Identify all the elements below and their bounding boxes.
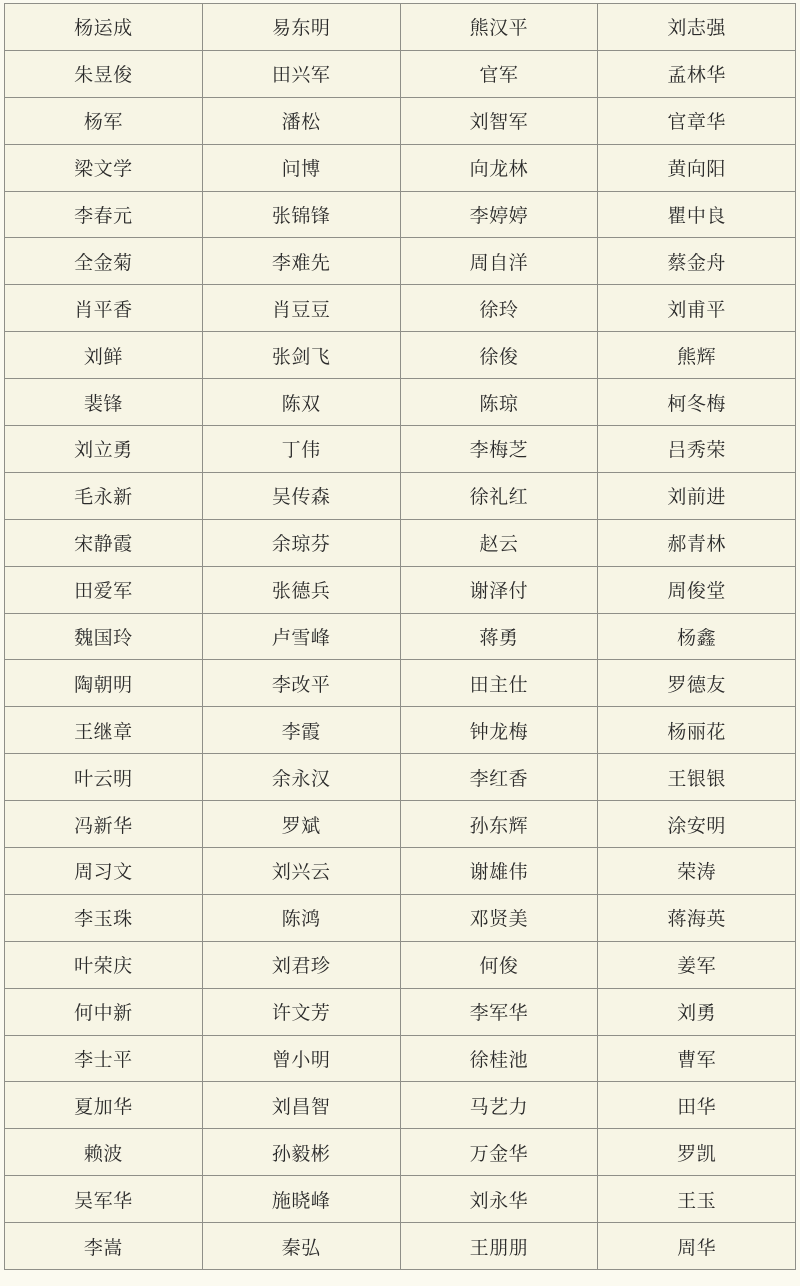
name-cell: 问博: [202, 144, 400, 191]
name-cell: 孙毅彬: [202, 1129, 400, 1176]
table-row: 王继章李霞钟龙梅杨丽花: [5, 707, 796, 754]
name-cell: 谢泽付: [400, 566, 598, 613]
table-row: 叶云明余永汉李红香王银银: [5, 754, 796, 801]
name-cell: 周华: [598, 1223, 796, 1270]
name-cell: 田兴军: [202, 50, 400, 97]
name-cell: 向龙林: [400, 144, 598, 191]
name-cell: 李婷婷: [400, 191, 598, 238]
name-cell: 陈琼: [400, 379, 598, 426]
name-cell: 赖波: [5, 1129, 203, 1176]
name-cell: 易东明: [202, 4, 400, 51]
name-cell: 周俊堂: [598, 566, 796, 613]
name-cell: 徐桂池: [400, 1035, 598, 1082]
names-table-container: 杨运成易东明熊汉平刘志强朱昱俊田兴军官军孟林华杨军潘松刘智军官章华梁文学问博向龙…: [4, 3, 796, 1270]
names-table-body: 杨运成易东明熊汉平刘志强朱昱俊田兴军官军孟林华杨军潘松刘智军官章华梁文学问博向龙…: [5, 4, 796, 1270]
name-cell: 周自洋: [400, 238, 598, 285]
name-cell: 余永汉: [202, 754, 400, 801]
name-cell: 王银银: [598, 754, 796, 801]
name-cell: 姜军: [598, 941, 796, 988]
table-row: 陶朝明李改平田主仕罗德友: [5, 660, 796, 707]
table-row: 李玉珠陈鸿邓贤美蒋海英: [5, 894, 796, 941]
name-cell: 柯冬梅: [598, 379, 796, 426]
name-cell: 陶朝明: [5, 660, 203, 707]
name-cell: 张锦锋: [202, 191, 400, 238]
name-cell: 余琼芬: [202, 519, 400, 566]
name-cell: 田主仕: [400, 660, 598, 707]
name-cell: 李红香: [400, 754, 598, 801]
name-cell: 吴军华: [5, 1176, 203, 1223]
name-cell: 徐玲: [400, 285, 598, 332]
table-row: 裴锋陈双陈琼柯冬梅: [5, 379, 796, 426]
name-cell: 邓贤美: [400, 894, 598, 941]
name-cell: 瞿中良: [598, 191, 796, 238]
name-cell: 徐俊: [400, 332, 598, 379]
table-row: 朱昱俊田兴军官军孟林华: [5, 50, 796, 97]
name-cell: 刘志强: [598, 4, 796, 51]
name-cell: 王玉: [598, 1176, 796, 1223]
name-cell: 李梅芝: [400, 426, 598, 473]
table-row: 叶荣庆刘君珍何俊姜军: [5, 941, 796, 988]
name-cell: 刘永华: [400, 1176, 598, 1223]
name-cell: 李春元: [5, 191, 203, 238]
name-cell: 吴传森: [202, 472, 400, 519]
name-cell: 李霞: [202, 707, 400, 754]
name-cell: 魏国玲: [5, 613, 203, 660]
name-cell: 李军华: [400, 988, 598, 1035]
name-cell: 施晓峰: [202, 1176, 400, 1223]
name-cell: 吕秀荣: [598, 426, 796, 473]
name-cell: 王朋朋: [400, 1223, 598, 1270]
name-cell: 刘立勇: [5, 426, 203, 473]
name-cell: 钟龙梅: [400, 707, 598, 754]
name-cell: 陈双: [202, 379, 400, 426]
name-cell: 叶云明: [5, 754, 203, 801]
name-cell: 官章华: [598, 97, 796, 144]
name-cell: 刘鲜: [5, 332, 203, 379]
table-row: 李嵩秦弘王朋朋周华: [5, 1223, 796, 1270]
name-cell: 梁文学: [5, 144, 203, 191]
name-cell: 杨运成: [5, 4, 203, 51]
name-cell: 秦弘: [202, 1223, 400, 1270]
name-cell: 许文芳: [202, 988, 400, 1035]
table-row: 魏国玲卢雪峰蒋勇杨鑫: [5, 613, 796, 660]
name-cell: 赵云: [400, 519, 598, 566]
name-cell: 肖豆豆: [202, 285, 400, 332]
names-table: 杨运成易东明熊汉平刘志强朱昱俊田兴军官军孟林华杨军潘松刘智军官章华梁文学问博向龙…: [4, 3, 796, 1270]
name-cell: 万金华: [400, 1129, 598, 1176]
table-row: 田爱军张德兵谢泽付周俊堂: [5, 566, 796, 613]
name-cell: 田华: [598, 1082, 796, 1129]
name-cell: 罗凯: [598, 1129, 796, 1176]
table-row: 赖波孙毅彬万金华罗凯: [5, 1129, 796, 1176]
name-cell: 王继章: [5, 707, 203, 754]
name-cell: 官军: [400, 50, 598, 97]
name-cell: 罗斌: [202, 801, 400, 848]
name-cell: 李嵩: [5, 1223, 203, 1270]
name-cell: 荣涛: [598, 848, 796, 895]
name-cell: 刘勇: [598, 988, 796, 1035]
name-cell: 周习文: [5, 848, 203, 895]
name-cell: 罗德友: [598, 660, 796, 707]
name-cell: 曹军: [598, 1035, 796, 1082]
table-row: 冯新华罗斌孙东辉涂安明: [5, 801, 796, 848]
name-cell: 刘昌智: [202, 1082, 400, 1129]
name-cell: 张德兵: [202, 566, 400, 613]
name-cell: 田爱军: [5, 566, 203, 613]
name-cell: 郝青林: [598, 519, 796, 566]
name-cell: 冯新华: [5, 801, 203, 848]
name-cell: 肖平香: [5, 285, 203, 332]
name-cell: 毛永新: [5, 472, 203, 519]
name-cell: 杨鑫: [598, 613, 796, 660]
table-row: 杨运成易东明熊汉平刘志强: [5, 4, 796, 51]
name-cell: 孙东辉: [400, 801, 598, 848]
name-cell: 何中新: [5, 988, 203, 1035]
name-cell: 蒋勇: [400, 613, 598, 660]
table-row: 刘立勇丁伟李梅芝吕秀荣: [5, 426, 796, 473]
table-row: 梁文学问博向龙林黄向阳: [5, 144, 796, 191]
table-row: 夏加华刘昌智马艺力田华: [5, 1082, 796, 1129]
name-cell: 马艺力: [400, 1082, 598, 1129]
name-cell: 刘智军: [400, 97, 598, 144]
name-cell: 曾小明: [202, 1035, 400, 1082]
table-row: 杨军潘松刘智军官章华: [5, 97, 796, 144]
table-row: 李春元张锦锋李婷婷瞿中良: [5, 191, 796, 238]
name-cell: 裴锋: [5, 379, 203, 426]
name-cell: 黄向阳: [598, 144, 796, 191]
name-cell: 熊汉平: [400, 4, 598, 51]
name-cell: 何俊: [400, 941, 598, 988]
table-row: 周习文刘兴云谢雄伟荣涛: [5, 848, 796, 895]
name-cell: 蒋海英: [598, 894, 796, 941]
name-cell: 徐礼红: [400, 472, 598, 519]
name-cell: 卢雪峰: [202, 613, 400, 660]
name-cell: 熊辉: [598, 332, 796, 379]
name-cell: 刘君珍: [202, 941, 400, 988]
name-cell: 朱昱俊: [5, 50, 203, 97]
name-cell: 孟林华: [598, 50, 796, 97]
name-cell: 李改平: [202, 660, 400, 707]
name-cell: 潘松: [202, 97, 400, 144]
table-row: 全金菊李难先周自洋蔡金舟: [5, 238, 796, 285]
name-cell: 涂安明: [598, 801, 796, 848]
name-cell: 丁伟: [202, 426, 400, 473]
name-cell: 蔡金舟: [598, 238, 796, 285]
table-row: 何中新许文芳李军华刘勇: [5, 988, 796, 1035]
name-cell: 张剑飞: [202, 332, 400, 379]
table-row: 毛永新吴传森徐礼红刘前进: [5, 472, 796, 519]
name-cell: 叶荣庆: [5, 941, 203, 988]
name-cell: 刘甫平: [598, 285, 796, 332]
name-cell: 杨丽花: [598, 707, 796, 754]
name-cell: 全金菊: [5, 238, 203, 285]
name-cell: 夏加华: [5, 1082, 203, 1129]
table-row: 宋静霞余琼芬赵云郝青林: [5, 519, 796, 566]
table-row: 肖平香肖豆豆徐玲刘甫平: [5, 285, 796, 332]
name-cell: 李士平: [5, 1035, 203, 1082]
table-row: 李士平曾小明徐桂池曹军: [5, 1035, 796, 1082]
name-cell: 刘前进: [598, 472, 796, 519]
name-cell: 李玉珠: [5, 894, 203, 941]
name-cell: 宋静霞: [5, 519, 203, 566]
table-row: 刘鲜张剑飞徐俊熊辉: [5, 332, 796, 379]
name-cell: 李难先: [202, 238, 400, 285]
name-cell: 陈鸿: [202, 894, 400, 941]
name-cell: 刘兴云: [202, 848, 400, 895]
name-cell: 谢雄伟: [400, 848, 598, 895]
table-row: 吴军华施晓峰刘永华王玉: [5, 1176, 796, 1223]
name-cell: 杨军: [5, 97, 203, 144]
